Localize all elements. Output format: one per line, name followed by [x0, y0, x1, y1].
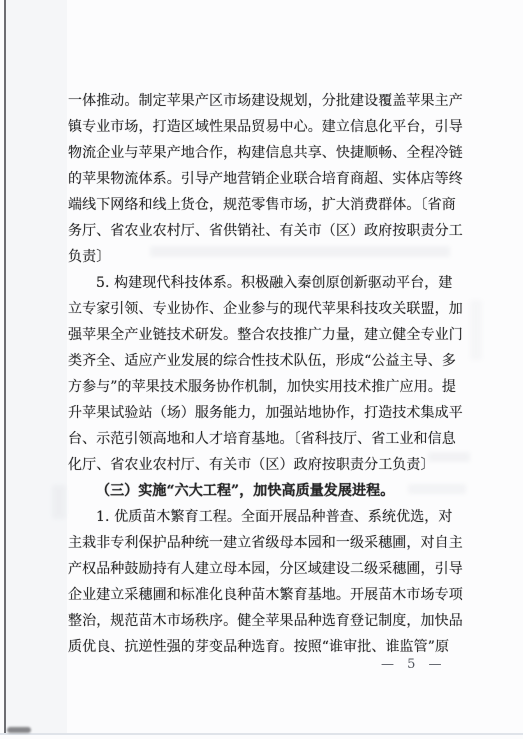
scan-bottom-edge-line — [0, 733, 523, 735]
text-line: 端线下网络和线上货仓，规范零售市场，扩大消费群体。〔省商 — [68, 192, 468, 218]
text-line: 镇专业市场，打造区域性果品贸易中心。建立信息化平台，引导 — [68, 114, 468, 140]
text-line: 强苹果全产业链技术研发。整合农技推广力量，建立健全专业门 — [68, 322, 468, 348]
text-line: 产权品种鼓励持有人建立母本园，分区域建设二级采穗圃，引导 — [68, 556, 468, 582]
section-heading-line: （三）实施“六大工程”，加快高质量发展进程。 — [68, 478, 468, 504]
text-line: 负责〕 — [68, 244, 468, 270]
paragraph-start-line: 1. 优质苗木繁育工程。全面开展品种普查、系统优选，对 — [68, 504, 468, 530]
text-line: 物流企业与苹果产地合作，构建信息共享、快捷顺畅、全程冷链 — [68, 140, 468, 166]
body-text: 一体推动。制定苹果产区市场建设规划，分批建设覆盖苹果主产 镇专业市场，打造区域性… — [68, 88, 468, 660]
text-line: 整治，规范苗木市场秩序。健全苹果品种选育登记制度，加快品 — [68, 608, 468, 634]
scan-bleedthrough-artifact — [52, 485, 66, 519]
text-line: 方参与”的苹果技术服务协作机制，加快实用技术推广应用。提 — [68, 374, 468, 400]
text-line: 主栽非专利保护品种统一建立省级母本园和一级采穗圃，对自主 — [68, 530, 468, 556]
page-number: — 5 — — [381, 657, 443, 673]
text-line: 化厅、省农业农村厅、有关市（区）政府按职责分工负责〕 — [68, 452, 468, 478]
text-line: 的苹果物流体系。引导产地营销企业联合培育商超、实体店等终 — [68, 166, 468, 192]
text-line: 立专家引领、专业协作、企业参与的现代苹果科技攻关联盟，加 — [68, 296, 468, 322]
text-line: 务厅、省农业农村厅、省供销社、有关市（区）政府按职责分工 — [68, 218, 468, 244]
document-page: 一体推动。制定苹果产区市场建设规划，分批建设覆盖苹果主产 镇专业市场，打造区域性… — [0, 0, 523, 739]
text-line: 升苹果试验站（场）服务能力，加强站地协作，打造技术集成平 — [68, 400, 468, 426]
scan-bleedthrough-artifact — [470, 300, 482, 360]
text-line: 类齐全、适应产业发展的综合性技术队伍，形成“公益主导、多 — [68, 348, 468, 374]
scan-smudge — [7, 727, 31, 733]
paragraph-start-line: 5. 构建现代科技体系。积极融入秦创原创新驱动平台，建 — [68, 270, 468, 296]
text-line: 一体推动。制定苹果产区市场建设规划，分批建设覆盖苹果主产 — [68, 88, 468, 114]
text-line: 企业建立采穗圃和标准化良种苗木繁育基地。开展苗木市场专项 — [68, 582, 468, 608]
scan-left-edge-line — [4, 0, 6, 733]
scan-left-shading — [5, 0, 67, 733]
text-line: 台、示范引领高地和人才培育基地。〔省科技厅、省工业和信息 — [68, 426, 468, 452]
